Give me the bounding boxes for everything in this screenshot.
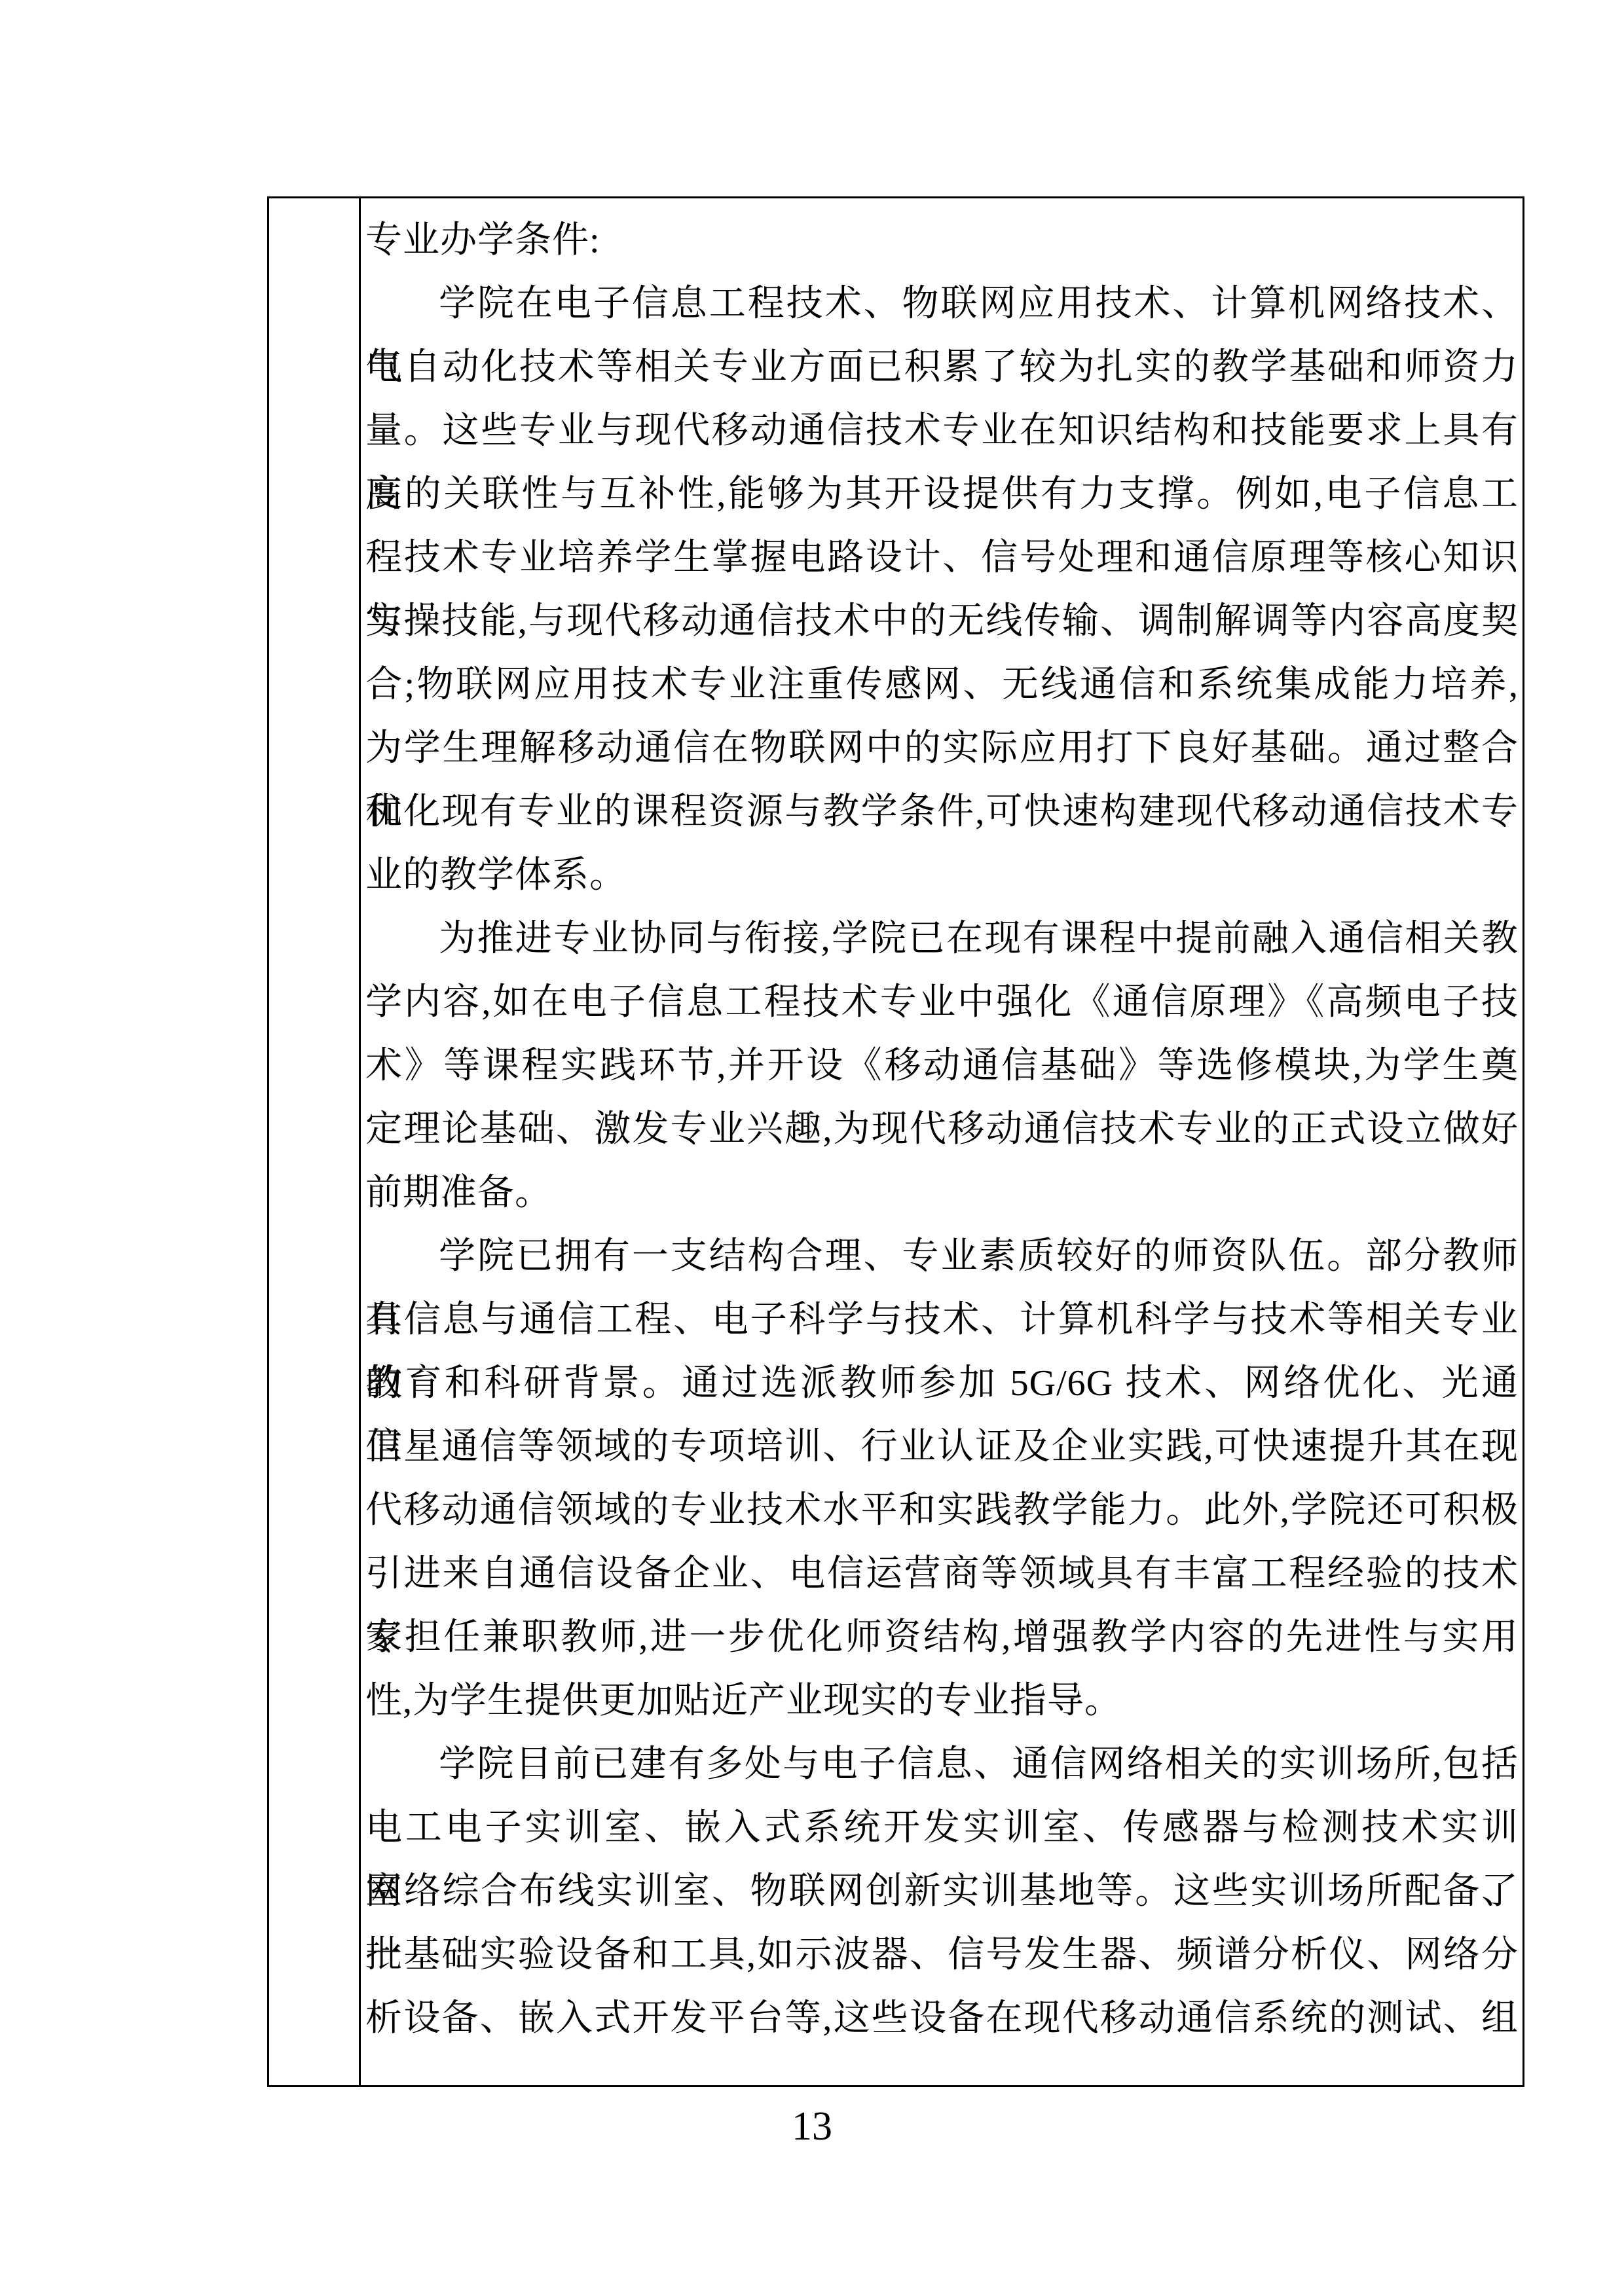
text-line: 定理论基础、激发专业兴趣,为现代移动通信技术专业的正式设立做好 <box>365 1098 1519 1161</box>
table-label-cell <box>269 198 361 2085</box>
text-line: 量。这些专业与现代移动通信技术专业在知识结构和技能要求上具有高 <box>365 399 1519 463</box>
table-content-cell: 专业办学条件: 学院在电子信息工程技术、物联网应用技术、计算机网络技术、电 气自… <box>361 198 1522 2085</box>
text-line: 网络综合布线实训室、物联网创新实训基地等。这些实训场所配备了一 <box>365 1860 1519 1923</box>
text-line: 卫星通信等领域的专项培训、行业认证及企业实践,可快速提升其在现 <box>365 1415 1519 1479</box>
text-line: 业的教学体系。 <box>365 844 1519 907</box>
text-line: 合;物联网应用技术专业注重传感网、无线通信和系统集成能力培养, <box>365 653 1519 717</box>
text-line: 学院在电子信息工程技术、物联网应用技术、计算机网络技术、电 <box>365 272 1519 336</box>
text-line: 为学生理解移动通信在物联网中的实际应用打下良好基础。通过整合和 <box>365 717 1519 780</box>
text-line: 学院目前已建有多处与电子信息、通信网络相关的实训场所,包括 <box>365 1733 1519 1796</box>
form-table: 专业办学条件: 学院在电子信息工程技术、物联网应用技术、计算机网络技术、电 气自… <box>267 196 1524 2087</box>
text-line: 学院已拥有一支结构合理、专业素质较好的师资队伍。部分教师具 <box>365 1225 1519 1288</box>
section-heading: 专业办学条件: <box>365 209 1519 272</box>
text-line: 批基础实验设备和工具,如示波器、信号发生器、频谱分析仪、网络分 <box>365 1923 1519 1987</box>
document-page: 专业办学条件: 学院在电子信息工程技术、物联网应用技术、计算机网络技术、电 气自… <box>0 0 1624 2296</box>
text-line: 析设备、嵌入式开发平台等,这些设备在现代移动通信系统的测试、组 <box>365 1987 1519 2050</box>
text-line: 学内容,如在电子信息工程技术专业中强化《通信原理》《高频电子技 <box>365 971 1519 1034</box>
text-line: 代移动通信领域的专业技术水平和实践教学能力。此外,学院还可积极 <box>365 1479 1519 1542</box>
text-line: 优化现有专业的课程资源与教学条件,可快速构建现代移动通信技术专 <box>365 780 1519 844</box>
text-line: 性,为学生提供更加贴近产业现实的专业指导。 <box>365 1669 1519 1733</box>
text-line: 前期准备。 <box>365 1161 1519 1225</box>
text-line: 度的关联性与互补性,能够为其开设提供有力支撑。例如,电子信息工 <box>365 463 1519 526</box>
page-number: 13 <box>0 2100 1624 2153</box>
text-line: 为推进专业协同与衔接,学院已在现有课程中提前融入通信相关教 <box>365 907 1519 971</box>
text-line: 电工电子实训室、嵌入式系统开发实训室、传感器与检测技术实训室、 <box>365 1796 1519 1860</box>
text-line: 实操技能,与现代移动通信技术中的无线传输、调制解调等内容高度契 <box>365 590 1519 653</box>
text-line: 术》等课程实践环节,并开设《移动通信基础》等选修模块,为学生奠 <box>365 1034 1519 1098</box>
text-line: 家担任兼职教师,进一步优化师资结构,增强教学内容的先进性与实用 <box>365 1606 1519 1669</box>
text-line: 引进来自通信设备企业、电信运营商等领域具有丰富工程经验的技术专 <box>365 1542 1519 1606</box>
text-line: 程技术专业培养学生掌握电路设计、信号处理和通信原理等核心知识与 <box>365 526 1519 590</box>
text-line: 教育和科研背景。通过选派教师参加 5G/6G 技术、网络优化、光通信、 <box>365 1352 1519 1415</box>
text-line: 有信息与通信工程、电子科学与技术、计算机科学与技术等相关专业的 <box>365 1288 1519 1352</box>
text-line: 气自动化技术等相关专业方面已积累了较为扎实的教学基础和师资力 <box>365 336 1519 399</box>
